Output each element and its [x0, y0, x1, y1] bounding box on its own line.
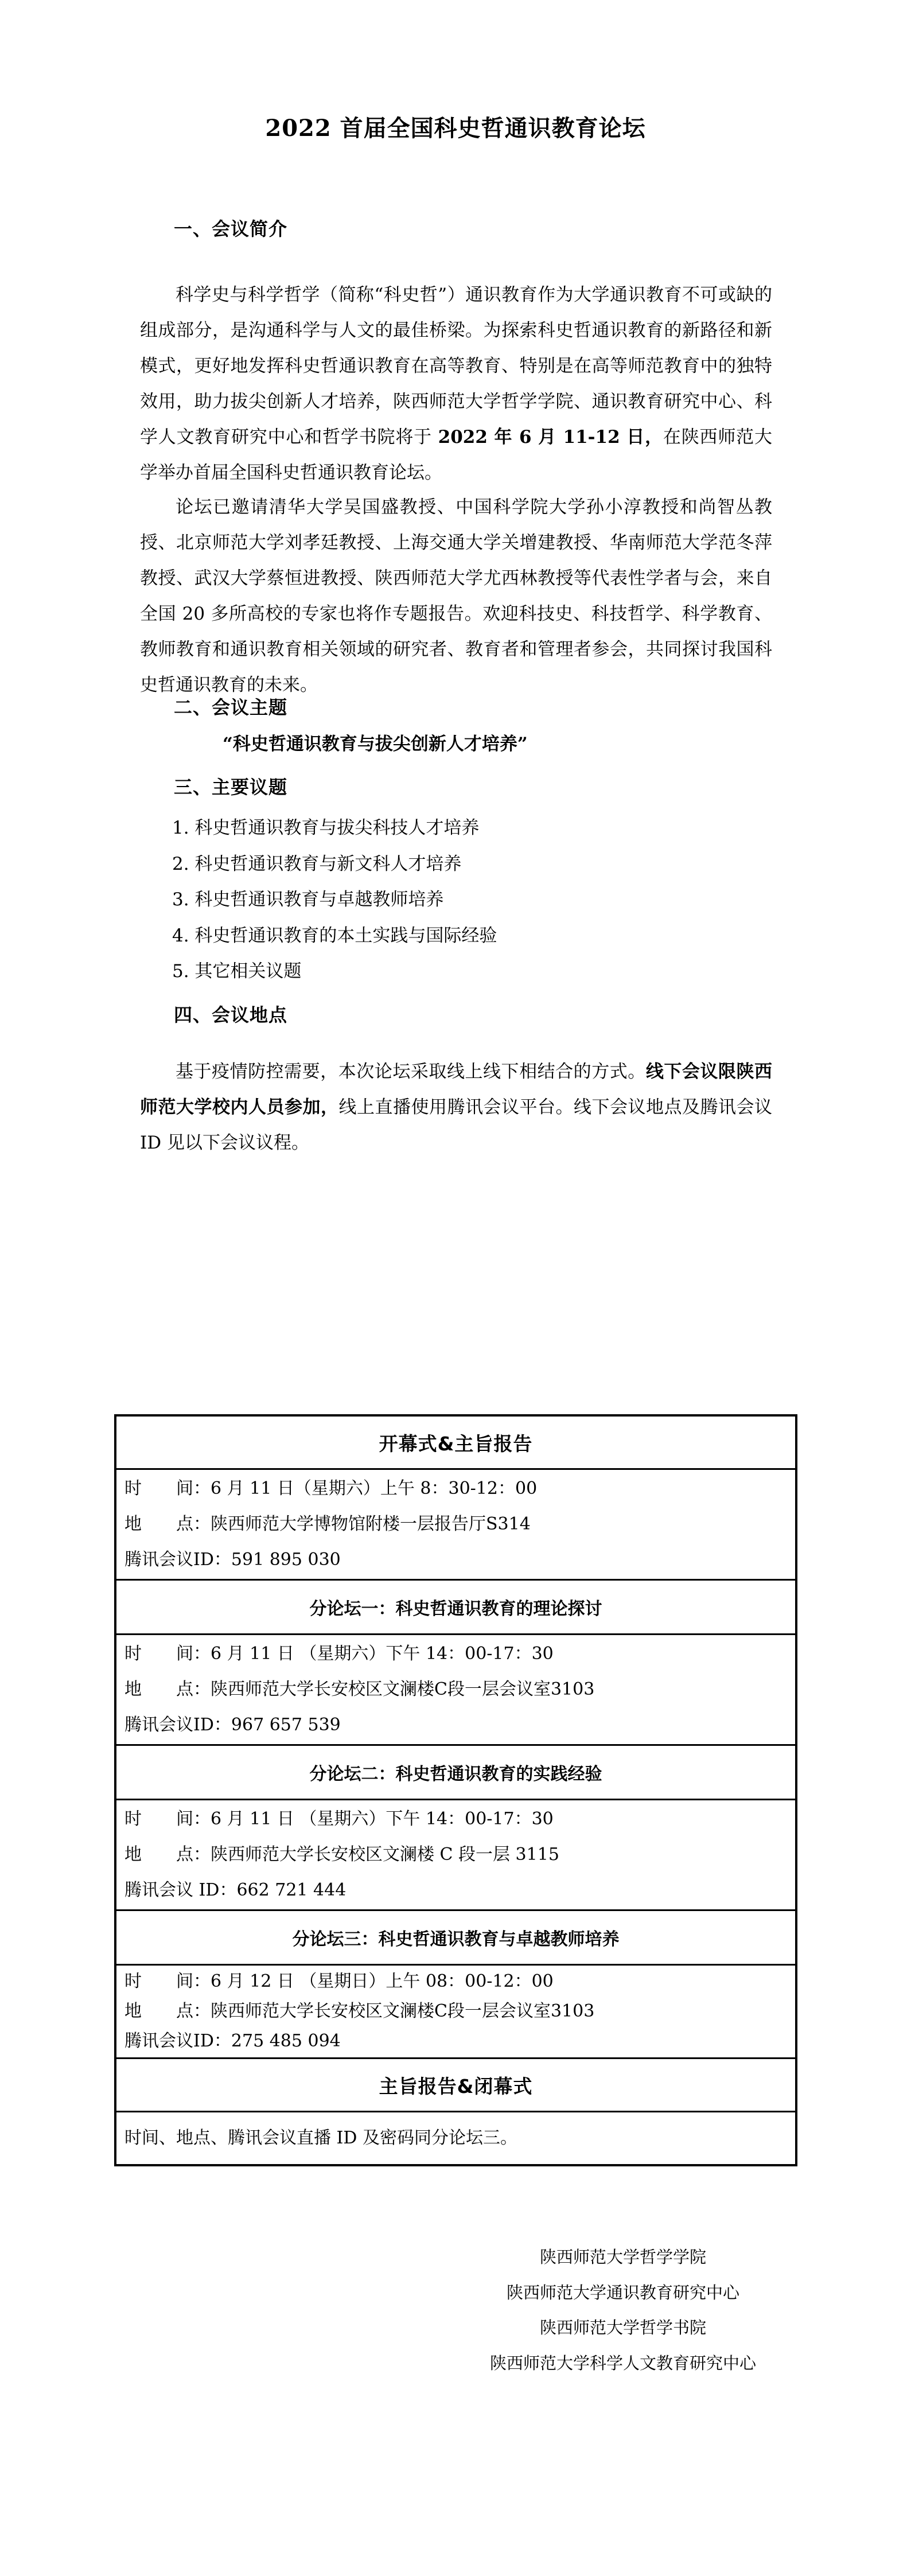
topic-item-5: 5. 其它相关议题 [172, 954, 497, 990]
schedule-detail-opening: 时 间：6 月 11 日（星期六）上午 8：30-12：00 地 点：陕西师范大… [115, 1469, 796, 1580]
topics-list: 1. 科史哲通识教育与拔尖科技人才培养 2. 科史哲通识教育与新文科人才培养 3… [172, 810, 497, 990]
venue-paragraph: 基于疫情防控需要，本次论坛采取线上线下相结合的方式。线下会议限陕西师范大学校内人… [140, 1054, 772, 1161]
schedule-detail-closing: 时间、地点、腾讯会议直播 ID 及密码同分论坛三。 [115, 2112, 796, 2166]
opening-place: 地 点：陕西师范大学博物馆附楼一层报告厅S314 [124, 1507, 787, 1542]
forum3-place: 地 点：陕西师范大学长安校区文澜楼C段一层会议室3103 [124, 1997, 787, 2026]
forum2-place: 地 点：陕西师范大学长安校区文澜楼 C 段一层 3115 [124, 1837, 787, 1873]
forum3-time: 时 间：6 月 12 日 （星期日）上午 08：00-12：00 [124, 1967, 787, 1997]
band-forum2-title: 分论坛二：科史哲通识教育的实践经验 [115, 1745, 796, 1800]
forum3-meeting-id: 腾讯会议ID：275 485 094 [124, 2026, 787, 2056]
schedule-band-forum3: 分论坛三：科史哲通识教育与卓越教师培养 [115, 1910, 796, 1965]
invited-speakers-paragraph: 论坛已邀请清华大学吴国盛教授、中国科学院大学孙小淳教授和尚智丛教授、北京师范大学… [140, 489, 772, 703]
band-closing-title: 主旨报告&闭幕式 [115, 2059, 796, 2112]
schedule-table: 开幕式&主旨报告 时 间：6 月 11 日（星期六）上午 8：30-12：00 … [114, 1414, 797, 2166]
document-title: 2022 首届全国科史哲通识教育论坛 [0, 110, 911, 143]
document-page: 2022 首届全国科史哲通识教育论坛 一、会议简介 科学史与科学哲学（简称“科史… [0, 0, 911, 2576]
topic-item-1: 1. 科史哲通识教育与拔尖科技人才培养 [172, 810, 497, 846]
opening-meeting-id: 腾讯会议ID：591 895 030 [124, 1542, 787, 1578]
footer-organizers: 陕西师范大学哲学学院 陕西师范大学通识教育研究中心 陕西师范大学哲学书院 陕西师… [472, 2240, 774, 2381]
section-heading-topics: 三、主要议题 [174, 773, 287, 799]
forum1-meeting-id: 腾讯会议ID：967 657 539 [124, 1707, 787, 1743]
organizer-line-1: 陕西师范大学哲学学院 [472, 2240, 774, 2275]
topic-item-3: 3. 科史哲通识教育与卓越教师培养 [172, 882, 497, 918]
topic-item-4: 4. 科史哲通识教育的本土实践与国际经验 [172, 918, 497, 954]
organizer-line-4: 陕西师范大学科学人文教育研究中心 [472, 2346, 774, 2382]
section-heading-introduction: 一、会议简介 [174, 215, 287, 241]
forum2-meeting-id: 腾讯会议 ID：662 721 444 [124, 1873, 787, 1908]
theme-statement: “科史哲通识教育与拔尖创新人才培养” [223, 726, 528, 762]
intro-paragraph: 科学史与科学哲学（简称“科史哲”）通识教育作为大学通识教育不可或缺的组成部分，是… [140, 277, 772, 491]
opening-time: 时 间：6 月 11 日（星期六）上午 8：30-12：00 [124, 1471, 787, 1507]
band-forum1-title: 分论坛一：科史哲通识教育的理论探讨 [115, 1580, 796, 1635]
schedule-band-closing: 主旨报告&闭幕式 [115, 2059, 796, 2112]
topic-item-2: 2. 科史哲通识教育与新文科人才培养 [172, 846, 497, 882]
schedule-band-forum1: 分论坛一：科史哲通识教育的理论探讨 [115, 1580, 796, 1635]
organizer-line-2: 陕西师范大学通识教育研究中心 [472, 2275, 774, 2311]
schedule-band-opening: 开幕式&主旨报告 [115, 1415, 796, 1469]
schedule-detail-forum3: 时 间：6 月 12 日 （星期日）上午 08：00-12：00 地 点：陕西师… [115, 1965, 796, 2059]
section-heading-theme: 二、会议主题 [174, 693, 287, 719]
forum1-place: 地 点：陕西师范大学长安校区文澜楼C段一层会议室3103 [124, 1672, 787, 1707]
intro-date-bold: 2022 年 6 月 11-12 日， [438, 427, 663, 448]
venue-text-pre: 基于疫情防控需要，本次论坛采取线上线下相结合的方式。 [176, 1061, 646, 1082]
schedule-detail-forum2: 时 间：6 月 11 日 （星期六）下午 14：00-17：30 地 点：陕西师… [115, 1800, 796, 1910]
band-forum3-title: 分论坛三：科史哲通识教育与卓越教师培养 [115, 1910, 796, 1965]
schedule-detail-forum1: 时 间：6 月 11 日 （星期六）下午 14：00-17：30 地 点：陕西师… [115, 1635, 796, 1745]
closing-note: 时间、地点、腾讯会议直播 ID 及密码同分论坛三。 [124, 2122, 787, 2155]
section-heading-venue: 四、会议地点 [174, 1001, 287, 1027]
band-opening-title: 开幕式&主旨报告 [115, 1415, 796, 1469]
organizer-line-3: 陕西师范大学哲学书院 [472, 2310, 774, 2346]
intro-text-pre: 科学史与科学哲学（简称“科史哲”）通识教育作为大学通识教育不可或缺的组成部分，是… [140, 285, 772, 448]
forum2-time: 时 间：6 月 11 日 （星期六）下午 14：00-17：30 [124, 1801, 787, 1837]
forum1-time: 时 间：6 月 11 日 （星期六）下午 14：00-17：30 [124, 1636, 787, 1672]
schedule-band-forum2: 分论坛二：科史哲通识教育的实践经验 [115, 1745, 796, 1800]
